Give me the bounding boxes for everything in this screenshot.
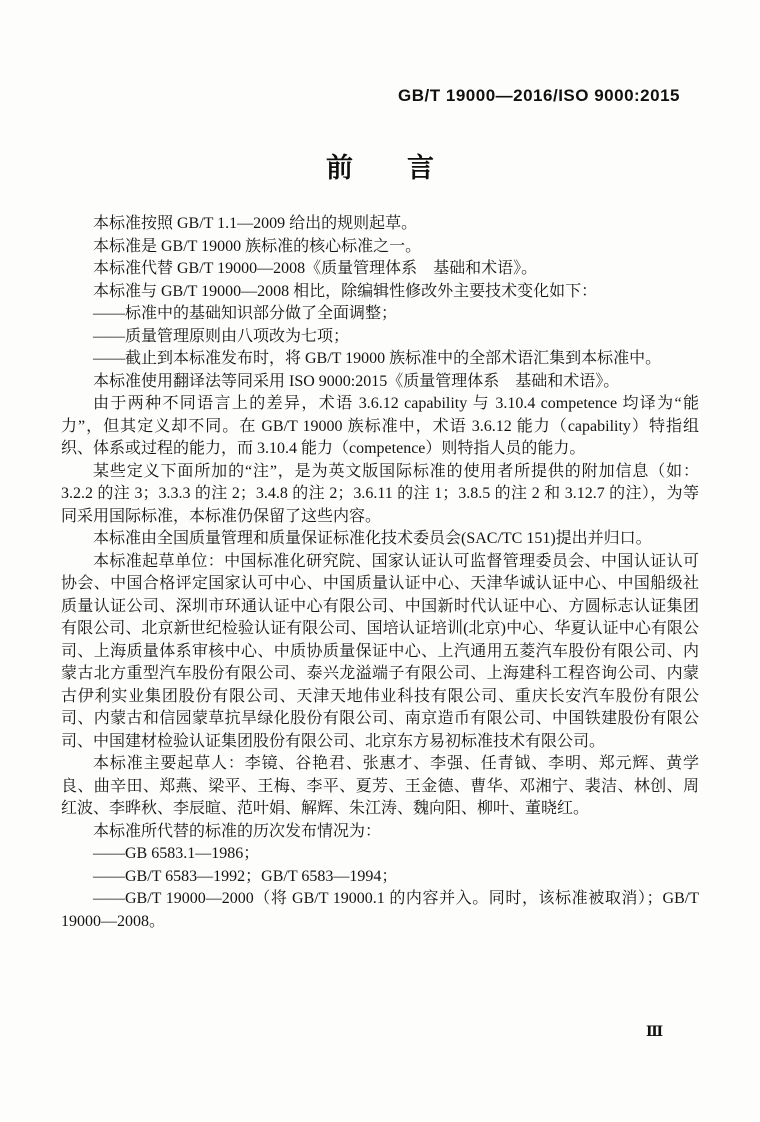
paragraph-core-standard: 本标准是 GB/T 19000 族标准的核心标准之一。	[61, 236, 699, 259]
list-item-change-2: ——质量管理原则由八项改为七项；	[61, 326, 699, 349]
list-item-history-1: ——GB 6583.1—1986；	[61, 843, 699, 866]
document-body: 本标准按照 GB/T 1.1—2009 给出的规则起草。 本标准是 GB/T 1…	[61, 213, 699, 933]
paragraph-committee: 本标准由全国质量管理和质量保证标准化技术委员会(SAC/TC 151)提出并归口…	[61, 528, 699, 551]
paragraph-drafting-rule: 本标准按照 GB/T 1.1—2009 给出的规则起草。	[61, 213, 699, 236]
paragraph-replaces: 本标准代替 GB/T 19000—2008《质量管理体系 基础和术语》。	[61, 258, 699, 281]
paragraph-changes-intro: 本标准与 GB/T 19000—2008 相比，除编辑性修改外主要技术变化如下：	[61, 281, 699, 304]
list-item-change-3: ——截止到本标准发布时，将 GB/T 19000 族标准中的全部术语汇集到本标准…	[61, 348, 699, 371]
list-item-history-2: ——GB/T 6583—1992；GB/T 6583—1994；	[61, 866, 699, 889]
paragraph-capability-note: 由于两种不同语言上的差异，术语 3.6.12 capability 与 3.10…	[61, 393, 699, 461]
page-title: 前 言	[0, 146, 760, 185]
paragraph-definition-notes: 某些定义下面所加的“注”，是为英文版国际标准的使用者所提供的附加信息（如：3.2…	[61, 461, 699, 529]
list-item-history-3: ——GB/T 19000—2000（将 GB/T 19000.1 的内容并入。同…	[61, 888, 699, 933]
page-number: Ⅲ	[646, 1024, 663, 1041]
paragraph-history-intro: 本标准所代替的标准的历次发布情况为：	[61, 821, 699, 844]
standard-number-header: GB/T 19000—2016/ISO 9000:2015	[398, 86, 680, 106]
paragraph-drafting-units: 本标准起草单位：中国标准化研究院、国家认证认可监督管理委员会、中国认证认可协会、…	[61, 551, 699, 754]
paragraph-drafters: 本标准主要起草人：李镜、谷艳君、张惠才、李强、任青钺、李明、郑元辉、黄学良、曲辛…	[61, 753, 699, 821]
list-item-change-1: ——标准中的基础知识部分做了全面调整；	[61, 303, 699, 326]
document-page: GB/T 19000—2016/ISO 9000:2015 前 言 本标准按照 …	[0, 0, 760, 1122]
paragraph-translation-method: 本标准使用翻译法等同采用 ISO 9000:2015《质量管理体系 基础和术语》…	[61, 371, 699, 394]
